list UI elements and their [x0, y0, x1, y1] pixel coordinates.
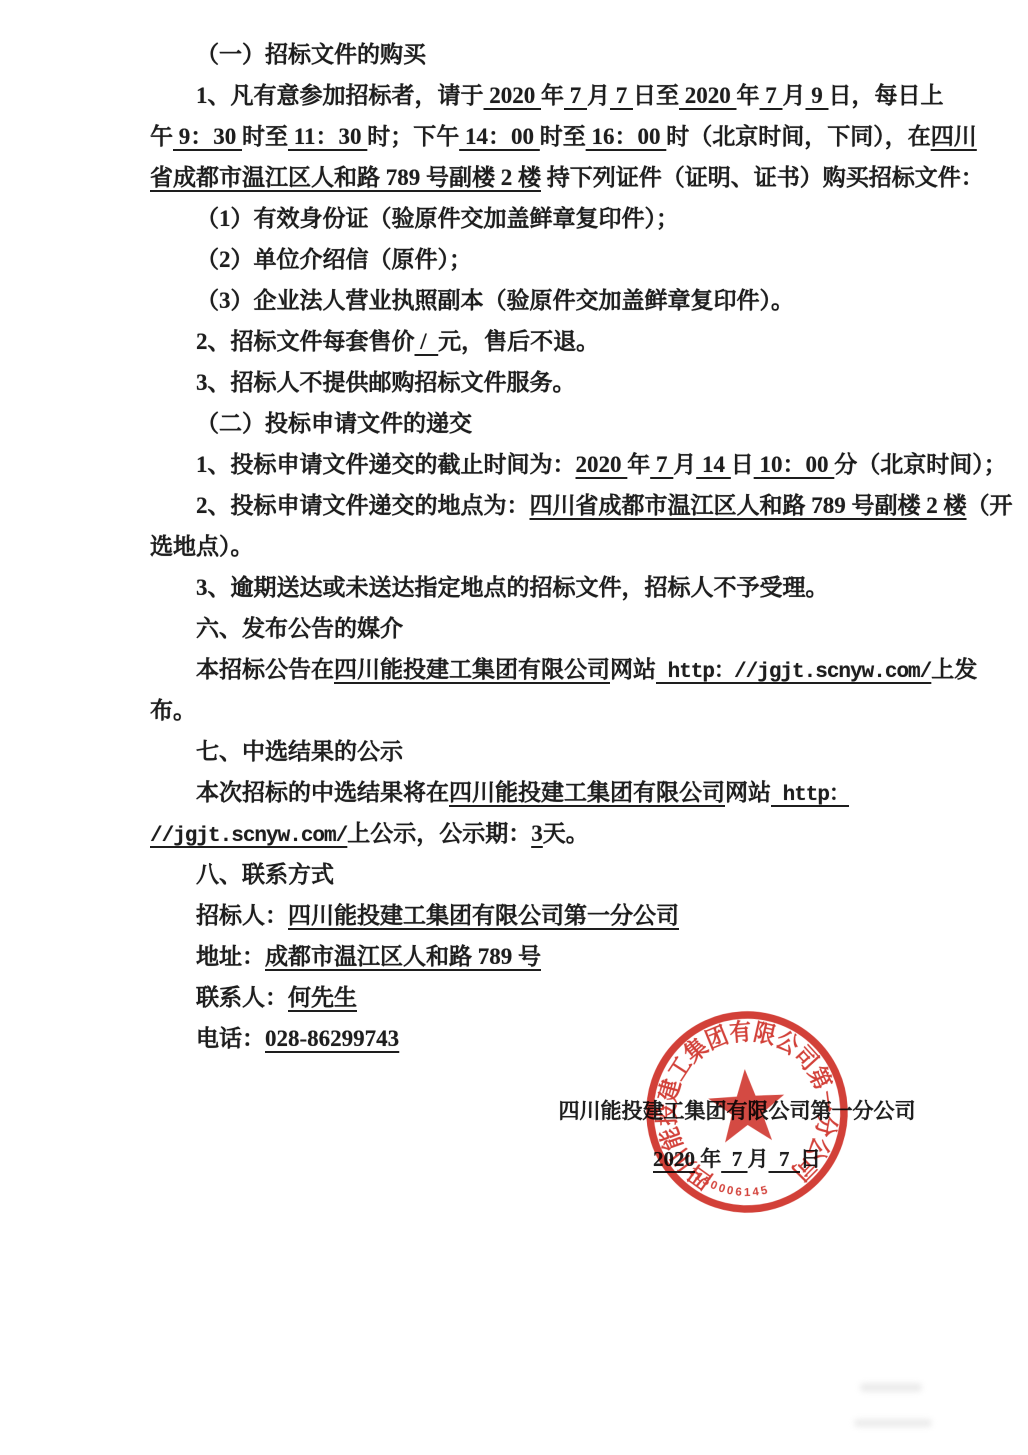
text-segment: 四川省成都市温江区人和路 789 号副楼 2 楼: [530, 493, 967, 518]
text-segment: 四川能投建工集团有限公司: [449, 780, 725, 805]
text-segment: 电话：: [196, 1026, 265, 1051]
text-segment: 年: [541, 83, 564, 108]
scanned-document-page: （一）招标文件的购买1、凡有意参加招标者，请于 2020 年 7 月 7 日至 …: [0, 0, 1028, 1455]
official-seal: 四川能投建工集团有限公司第一分公司 1150006145: [625, 990, 869, 1234]
text-segment: 3: [531, 821, 543, 846]
doc-line: 招标人：四川能投建工集团有限公司第一分公司: [150, 895, 920, 936]
doc-line: 地址：成都市温江区人和路 789 号: [150, 936, 920, 977]
text-segment: 10：00: [754, 452, 835, 477]
text-segment: 分（北京时间）；: [834, 452, 1007, 477]
text-segment: 2020: [576, 452, 628, 477]
text-segment: 八、联系方式: [196, 862, 334, 887]
doc-line: 1、投标申请文件递交的截止时间为：2020 年 7 月 14 日 10：00 分…: [150, 444, 920, 485]
doc-line: 午 9：30 时至 11：30 时；下午 14：00 时至 16：00 时（北京…: [150, 116, 920, 157]
text-segment: 日至: [633, 83, 679, 108]
doc-line: 七、中选结果的公示: [150, 731, 920, 772]
text-segment: 7: [610, 83, 633, 108]
text-segment: 省成都市温江区人和路 789 号副楼 2 楼: [150, 165, 541, 190]
doc-line: （1）有效身份证（验原件交加盖鲜章复印件）；: [150, 198, 920, 239]
text-segment: 028-86299743: [265, 1026, 399, 1051]
doc-line: //jgjt.scnyw.com/上公示，公示期：3天。: [150, 813, 920, 854]
text-segment: 四川: [931, 124, 977, 149]
text-segment: 11：30: [288, 124, 367, 149]
text-segment: 网站: [725, 780, 771, 805]
text-segment: 7: [650, 452, 673, 477]
text-segment: 1、凡有意参加招标者，请于: [196, 83, 484, 108]
text-segment: （1）有效身份证（验原件交加盖鲜章复印件）；: [196, 206, 679, 231]
text-segment: 时（北京时间，下同），在: [666, 124, 931, 149]
doc-line: 本次招标的中选结果将在四川能投建工集团有限公司网站 http：: [150, 772, 920, 813]
doc-line: 3、逾期送达或未送达指定地点的招标文件，招标人不予受理。: [150, 567, 920, 608]
text-segment: 四川能投建工集团有限公司: [334, 657, 610, 682]
scan-artifact: [860, 1383, 922, 1392]
text-segment: 六、发布公告的媒介: [196, 616, 403, 641]
text-segment: 2020: [484, 83, 542, 108]
doc-line: 选地点）。: [150, 526, 920, 567]
text-segment: 时至: [540, 124, 586, 149]
text-segment: 天。: [543, 821, 589, 846]
doc-line: 2、投标申请文件递交的地点为：四川省成都市温江区人和路 789 号副楼 2 楼（…: [150, 485, 920, 526]
text-segment: （一）招标文件的购买: [196, 42, 426, 67]
text-segment: 月: [673, 452, 696, 477]
text-segment: 年: [627, 452, 650, 477]
text-segment: 招标人：: [196, 903, 288, 928]
text-segment: 3、逾期送达或未送达指定地点的招标文件，招标人不予受理。: [196, 575, 829, 600]
text-segment: 2020: [679, 83, 737, 108]
text-segment: 本招标公告在: [196, 657, 334, 682]
text-segment: 七、中选结果的公示: [196, 739, 403, 764]
text-segment: 地址：: [196, 944, 265, 969]
text-segment: 2、投标申请文件递交的地点为：: [196, 493, 530, 518]
doc-line: 六、发布公告的媒介: [150, 608, 920, 649]
text-segment: 1、投标申请文件递交的截止时间为：: [196, 452, 576, 477]
text-segment: http：//jgjt.scnyw.com/: [656, 661, 931, 684]
text-segment: 联系人：: [196, 985, 288, 1010]
text-segment: （2）单位介绍信（原件）；: [196, 247, 472, 272]
text-segment: 7: [760, 83, 783, 108]
text-segment: 布。: [150, 698, 196, 723]
text-segment: （3）企业法人营业执照副本（验原件交加盖鲜章复印件）。: [196, 288, 794, 313]
text-segment: 9：30: [173, 124, 242, 149]
doc-line: 1、凡有意参加招标者，请于 2020 年 7 月 7 日至 2020 年 7 月…: [150, 75, 920, 116]
doc-line: 3、招标人不提供邮购招标文件服务。: [150, 362, 920, 403]
text-segment: 7: [564, 83, 587, 108]
text-segment: 何先生: [288, 985, 357, 1010]
text-segment: 持下列证件（证明、证书）购买招标文件：: [541, 165, 984, 190]
text-segment: 四川能投建工集团有限公司第一分公司: [288, 903, 679, 928]
text-segment: 2、招标文件每套售价: [196, 329, 415, 354]
scan-artifact: [854, 1419, 932, 1427]
text-segment: 14：00: [459, 124, 540, 149]
doc-line: 2、招标文件每套售价 / 元，售后不退。: [150, 321, 920, 362]
text-segment: /: [415, 329, 439, 354]
text-segment: 本次招标的中选结果将在: [196, 780, 449, 805]
text-segment: 年: [737, 83, 760, 108]
text-segment: 选地点）。: [150, 534, 254, 559]
doc-line: （一）招标文件的购买: [150, 34, 920, 75]
document-body: （一）招标文件的购买1、凡有意参加招标者，请于 2020 年 7 月 7 日至 …: [150, 34, 920, 1059]
doc-line: 本招标公告在四川能投建工集团有限公司网站 http：//jgjt.scnyw.c…: [150, 649, 920, 690]
text-segment: 午: [150, 124, 173, 149]
text-segment: 成都市温江区人和路 789 号: [265, 944, 541, 969]
text-segment: 14: [696, 452, 731, 477]
text-segment: 9: [806, 83, 829, 108]
text-segment: （二）投标申请文件的递交: [196, 411, 472, 436]
text-segment: //jgjt.scnyw.com/: [150, 825, 347, 848]
text-segment: 时至: [242, 124, 288, 149]
text-segment: 16：00: [586, 124, 667, 149]
text-segment: 元，售后不退。: [438, 329, 599, 354]
text-segment: 月: [587, 83, 610, 108]
text-segment: 日，每日上: [829, 83, 944, 108]
text-segment: http：: [771, 784, 849, 807]
doc-line: （2）单位介绍信（原件）；: [150, 239, 920, 280]
text-segment: 网站: [610, 657, 656, 682]
doc-line: 省成都市温江区人和路 789 号副楼 2 楼 持下列证件（证明、证书）购买招标文…: [150, 157, 920, 198]
star-icon: [707, 1067, 787, 1143]
text-segment: 3、招标人不提供邮购招标文件服务。: [196, 370, 576, 395]
text-segment: （开: [967, 493, 1013, 518]
text-segment: 月: [783, 83, 806, 108]
doc-line: （3）企业法人营业执照副本（验原件交加盖鲜章复印件）。: [150, 280, 920, 321]
text-segment: 日: [731, 452, 754, 477]
text-segment: 时；下午: [367, 124, 459, 149]
doc-line: 布。: [150, 690, 920, 731]
doc-line: 八、联系方式: [150, 854, 920, 895]
doc-line: （二）投标申请文件的递交: [150, 403, 920, 444]
text-segment: 上发: [931, 657, 977, 682]
text-segment: 上公示，公示期：: [347, 821, 531, 846]
